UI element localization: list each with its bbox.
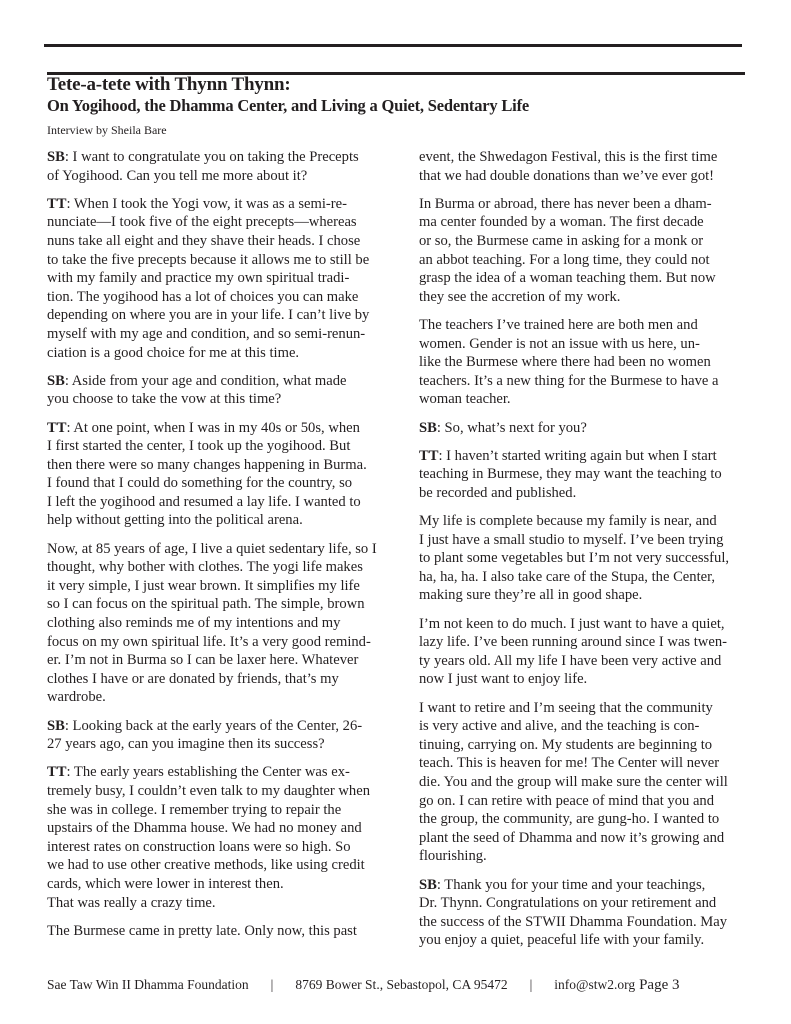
text-line: myself with my age and condition, and so… — [47, 325, 392, 344]
line-text: an abbot teaching. For a long time, they… — [419, 252, 710, 268]
line-text: lazy life. I’ve been running around sinc… — [419, 634, 727, 650]
paragraph: The Burmese came in pretty late. Only no… — [47, 922, 392, 941]
line-text: er. I’m not in Burma so I can be laxer h… — [47, 652, 358, 668]
line-text: ciation is a good choice for me at this … — [47, 345, 299, 361]
paragraph: In Burma or abroad, there has never been… — [419, 195, 774, 307]
line-text: clothing also reminds me of my intention… — [47, 615, 340, 631]
text-line: you enjoy a quiet, peaceful life with yo… — [419, 931, 774, 950]
footer-separator: | — [530, 976, 533, 994]
line-text: or so, the Burmese came in asking for a … — [419, 233, 703, 249]
line-text: myself with my age and condition, and so… — [47, 326, 365, 342]
text-line: I first started the center, I took up th… — [47, 437, 392, 456]
line-text: plant the seed of Dhamma and now it’s gr… — [419, 830, 724, 846]
speaker-label: TT — [419, 448, 438, 464]
line-text: : The early years establishing the Cente… — [66, 764, 349, 780]
line-text: interest rates on construction loans wer… — [47, 839, 351, 855]
line-text: making sure they’re all in good shape. — [419, 587, 642, 603]
text-line: In Burma or abroad, there has never been… — [419, 195, 774, 214]
text-line: you choose to take the vow at this time? — [47, 390, 392, 409]
line-text: ty years old. All my life I have been ve… — [419, 653, 721, 669]
speaker-label: TT — [47, 196, 66, 212]
text-line: they see the accretion of my work. — [419, 288, 774, 307]
line-text: upstairs of the Dhamma house. We had no … — [47, 820, 362, 836]
line-text: clothes I have or are donated by friends… — [47, 671, 339, 687]
byline: Interview by Sheila Bare — [47, 122, 167, 138]
text-line: SB: Aside from your age and condition, w… — [47, 372, 392, 391]
speaker-label: SB — [47, 149, 65, 165]
text-line: clothes I have or are donated by friends… — [47, 670, 392, 689]
line-text: : At one point, when I was in my 40s or … — [66, 420, 359, 436]
footer-address: 8769 Bower St., Sebastopol, CA 95472 — [295, 976, 507, 994]
line-text: I first started the center, I took up th… — [47, 438, 350, 454]
text-line: cards, which were lower in interest then… — [47, 875, 392, 894]
text-line: er. I’m not in Burma so I can be laxer h… — [47, 651, 392, 670]
line-text: flourishing. — [419, 848, 487, 864]
text-line: an abbot teaching. For a long time, they… — [419, 251, 774, 270]
line-text: Now, at 85 years of age, I live a quiet … — [47, 541, 377, 557]
line-text: woman teacher. — [419, 391, 511, 407]
text-line: SB: Looking back at the early years of t… — [47, 717, 392, 736]
text-line: she was in college. I remember trying to… — [47, 801, 392, 820]
line-text: : I haven’t started writing again but wh… — [438, 448, 716, 464]
text-line: women. Gender is not an issue with us he… — [419, 335, 774, 354]
text-line: lazy life. I’ve been running around sinc… — [419, 633, 774, 652]
footer-separator: | — [271, 976, 274, 994]
line-text: women. Gender is not an issue with us he… — [419, 336, 700, 352]
line-text: Dr. Thynn. Congratulations on your retir… — [419, 895, 716, 911]
line-text: thought, why bother with clothes. The yo… — [47, 559, 363, 575]
text-line: to take the five precepts because it all… — [47, 251, 392, 270]
line-text: : So, what’s next for you? — [437, 420, 587, 436]
text-line: to plant some vegetables but I’m not ver… — [419, 549, 774, 568]
line-text: is very active and alive, and the teachi… — [419, 718, 699, 734]
text-line: 27 years ago, can you imagine then its s… — [47, 735, 392, 754]
text-line: ma center founded by a woman. The first … — [419, 213, 774, 232]
text-line: SB: I want to congratulate you on taking… — [47, 148, 392, 167]
paragraph: event, the Shwedagon Festival, this is t… — [419, 148, 774, 185]
line-text: : When I took the Yogi vow, it was as a … — [66, 196, 346, 212]
paragraph: Now, at 85 years of age, I live a quiet … — [47, 540, 392, 707]
line-text: I left the yogihood and resumed a lay li… — [47, 494, 361, 510]
text-line: ciation is a good choice for me at this … — [47, 344, 392, 363]
text-line: making sure they’re all in good shape. — [419, 586, 774, 605]
text-line: upstairs of the Dhamma house. We had no … — [47, 819, 392, 838]
text-line: then there were so many changes happenin… — [47, 456, 392, 475]
text-line: ha, ha, ha. I also take care of the Stup… — [419, 568, 774, 587]
line-text: : I want to congratulate you on taking t… — [65, 149, 359, 165]
speaker-label: SB — [47, 718, 65, 734]
text-line: woman teacher. — [419, 390, 774, 409]
text-line: it very simple, I just wear brown. It si… — [47, 577, 392, 596]
text-line: now I just want to enjoy life. — [419, 670, 774, 689]
speaker-label: TT — [47, 764, 66, 780]
line-text: That was really a crazy time. — [47, 895, 216, 911]
interview-exchange: SB: I want to congratulate you on taking… — [47, 148, 392, 185]
footer-email[interactable]: info@stw2.org — [554, 976, 635, 994]
line-text: focus on my own spiritual life. It’s a v… — [47, 634, 371, 650]
line-text: to plant some vegetables but I’m not ver… — [419, 550, 729, 566]
interview-exchange: SB: Aside from your age and condition, w… — [47, 372, 392, 409]
text-line: nunciate—I took five of the eight precep… — [47, 213, 392, 232]
paragraph: The teachers I’ve trained here are both … — [419, 316, 774, 409]
interview-exchange: TT: At one point, when I was in my 40s o… — [47, 419, 392, 531]
text-line: TT: When I took the Yogi vow, it was as … — [47, 195, 392, 214]
line-text: : Thank you for your time and your teach… — [437, 877, 705, 893]
text-line: like the Burmese where there had been no… — [419, 353, 774, 372]
text-line: die. You and the group will make sure th… — [419, 773, 774, 792]
text-line: TT: I haven’t started writing again but … — [419, 447, 774, 466]
line-text: event, the Shwedagon Festival, this is t… — [419, 149, 717, 165]
line-text: with my family and practice my own spiri… — [47, 270, 349, 286]
line-text: the group, the community, are gung-ho. I… — [419, 811, 719, 827]
line-text: wardrobe. — [47, 689, 106, 705]
right-column: event, the Shwedagon Festival, this is t… — [419, 148, 774, 960]
line-text: of Yogihood. Can you tell me more about … — [47, 168, 307, 184]
line-text: to take the five precepts because it all… — [47, 252, 369, 268]
line-text: depending on where you are in your life.… — [47, 307, 369, 323]
interview-exchange: SB: Looking back at the early years of t… — [47, 717, 392, 754]
interview-exchange: SB: Thank you for your time and your tea… — [419, 876, 774, 950]
text-line: event, the Shwedagon Festival, this is t… — [419, 148, 774, 167]
text-line: SB: Thank you for your time and your tea… — [419, 876, 774, 895]
paragraph: I’m not keen to do much. I just want to … — [419, 615, 774, 689]
line-text: so I can focus on the spiritual path. Th… — [47, 596, 365, 612]
page-number: Page 3 — [639, 976, 679, 994]
top-rule — [44, 44, 742, 47]
line-text: The teachers I’ve trained here are both … — [419, 317, 698, 333]
text-line: that we had double donations than we’ve … — [419, 167, 774, 186]
line-text: you choose to take the vow at this time? — [47, 391, 281, 407]
line-text: they see the accretion of my work. — [419, 289, 620, 305]
line-text: it very simple, I just wear brown. It si… — [47, 578, 360, 594]
line-text: she was in college. I remember trying to… — [47, 802, 341, 818]
text-line: depending on where you are in your life.… — [47, 306, 392, 325]
text-line: the group, the community, are gung-ho. I… — [419, 810, 774, 829]
line-text: help without getting into the political … — [47, 512, 303, 528]
left-column: SB: I want to congratulate you on taking… — [47, 148, 392, 950]
interview-exchange: TT: The early years establishing the Cen… — [47, 763, 392, 912]
text-line: teachers. It’s a new thing for the Burme… — [419, 372, 774, 391]
text-line: I just have a small studio to myself. I’… — [419, 531, 774, 550]
line-text: ha, ha, ha. I also take care of the Stup… — [419, 569, 715, 585]
text-line: grasp the idea of a woman teaching them.… — [419, 269, 774, 288]
line-text: grasp the idea of a woman teaching them.… — [419, 270, 716, 286]
line-text: teaching in Burmese, they may want the t… — [419, 466, 722, 482]
paragraph: I want to retire and I’m seeing that the… — [419, 699, 774, 866]
text-line: I’m not keen to do much. I just want to … — [419, 615, 774, 634]
line-text: cards, which were lower in interest then… — [47, 876, 284, 892]
article-title: Tete-a-tete with Thynn Thynn: — [47, 74, 291, 96]
text-line: wardrobe. — [47, 688, 392, 707]
text-line: TT: At one point, when I was in my 40s o… — [47, 419, 392, 438]
text-line: plant the seed of Dhamma and now it’s gr… — [419, 829, 774, 848]
text-line: My life is complete because my family is… — [419, 512, 774, 531]
line-text: now I just want to enjoy life. — [419, 671, 587, 687]
text-line: the success of the STWII Dhamma Foundati… — [419, 913, 774, 932]
text-line: ty years old. All my life I have been ve… — [419, 652, 774, 671]
line-text: teach. This is heaven for me! The Center… — [419, 755, 719, 771]
speaker-label: SB — [419, 877, 437, 893]
text-line: so I can focus on the spiritual path. Th… — [47, 595, 392, 614]
text-line: SB: So, what’s next for you? — [419, 419, 774, 438]
text-line: I left the yogihood and resumed a lay li… — [47, 493, 392, 512]
line-text: I found that I could do something for th… — [47, 475, 352, 491]
text-line: clothing also reminds me of my intention… — [47, 614, 392, 633]
text-line: go on. I can retire with peace of mind t… — [419, 792, 774, 811]
line-text: ma center founded by a woman. The first … — [419, 214, 704, 230]
line-text: I want to retire and I’m seeing that the… — [419, 700, 713, 716]
text-line: with my family and practice my own spiri… — [47, 269, 392, 288]
interview-exchange: SB: So, what’s next for you? — [419, 419, 774, 438]
line-text: My life is complete because my family is… — [419, 513, 717, 529]
text-line: That was really a crazy time. — [47, 894, 392, 913]
text-line: Dr. Thynn. Congratulations on your retir… — [419, 894, 774, 913]
line-text: tion. The yogihood has a lot of choices … — [47, 289, 358, 305]
text-line: TT: The early years establishing the Cen… — [47, 763, 392, 782]
text-line: The Burmese came in pretty late. Only no… — [47, 922, 392, 941]
line-text: I’m not keen to do much. I just want to … — [419, 616, 725, 632]
text-line: focus on my own spiritual life. It’s a v… — [47, 633, 392, 652]
line-text: like the Burmese where there had been no… — [419, 354, 711, 370]
article-subtitle: On Yogihood, the Dhamma Center, and Livi… — [47, 96, 529, 116]
text-line: teach. This is heaven for me! The Center… — [419, 754, 774, 773]
line-text: nunciate—I took five of the eight precep… — [47, 214, 357, 230]
text-line: we had to use other creative methods, li… — [47, 856, 392, 875]
speaker-label: SB — [419, 420, 437, 436]
speaker-label: TT — [47, 420, 66, 436]
paragraph: My life is complete because my family is… — [419, 512, 774, 605]
text-line: I want to retire and I’m seeing that the… — [419, 699, 774, 718]
line-text: nuns take all eight and they shave their… — [47, 233, 360, 249]
line-text: be recorded and published. — [419, 485, 576, 501]
interview-exchange: TT: I haven’t started writing again but … — [419, 447, 774, 503]
page-footer: Sae Taw Win II Dhamma Foundation | 8769 … — [47, 976, 680, 994]
text-line: tion. The yogihood has a lot of choices … — [47, 288, 392, 307]
text-line: Now, at 85 years of age, I live a quiet … — [47, 540, 392, 559]
text-line: tremely busy, I couldn’t even talk to my… — [47, 782, 392, 801]
text-line: I found that I could do something for th… — [47, 474, 392, 493]
text-line: is very active and alive, and the teachi… — [419, 717, 774, 736]
line-text: In Burma or abroad, there has never been… — [419, 196, 712, 212]
text-line: or so, the Burmese came in asking for a … — [419, 232, 774, 251]
text-line: interest rates on construction loans wer… — [47, 838, 392, 857]
line-text: we had to use other creative methods, li… — [47, 857, 365, 873]
text-line: nuns take all eight and they shave their… — [47, 232, 392, 251]
text-line: of Yogihood. Can you tell me more about … — [47, 167, 392, 186]
text-line: The teachers I’ve trained here are both … — [419, 316, 774, 335]
line-text: that we had double donations than we’ve … — [419, 168, 714, 184]
line-text: go on. I can retire with peace of mind t… — [419, 793, 714, 809]
line-text: the success of the STWII Dhamma Foundati… — [419, 914, 727, 930]
line-text: 27 years ago, can you imagine then its s… — [47, 736, 325, 752]
line-text: tinuing, carrying on. My students are be… — [419, 737, 712, 753]
line-text: : Looking back at the early years of the… — [65, 718, 362, 734]
interview-exchange: TT: When I took the Yogi vow, it was as … — [47, 195, 392, 362]
line-text: you enjoy a quiet, peaceful life with yo… — [419, 932, 704, 948]
text-line: teaching in Burmese, they may want the t… — [419, 465, 774, 484]
line-text: I just have a small studio to myself. I’… — [419, 532, 723, 548]
line-text: The Burmese came in pretty late. Only no… — [47, 923, 357, 939]
text-line: help without getting into the political … — [47, 511, 392, 530]
line-text: then there were so many changes happenin… — [47, 457, 367, 473]
text-line: tinuing, carrying on. My students are be… — [419, 736, 774, 755]
text-line: thought, why bother with clothes. The yo… — [47, 558, 392, 577]
line-text: teachers. It’s a new thing for the Burme… — [419, 373, 718, 389]
text-line: be recorded and published. — [419, 484, 774, 503]
line-text: die. You and the group will make sure th… — [419, 774, 728, 790]
line-text: : Aside from your age and condition, wha… — [65, 373, 347, 389]
speaker-label: SB — [47, 373, 65, 389]
line-text: tremely busy, I couldn’t even talk to my… — [47, 783, 370, 799]
text-line: flourishing. — [419, 847, 774, 866]
footer-organization: Sae Taw Win II Dhamma Foundation — [47, 976, 249, 994]
